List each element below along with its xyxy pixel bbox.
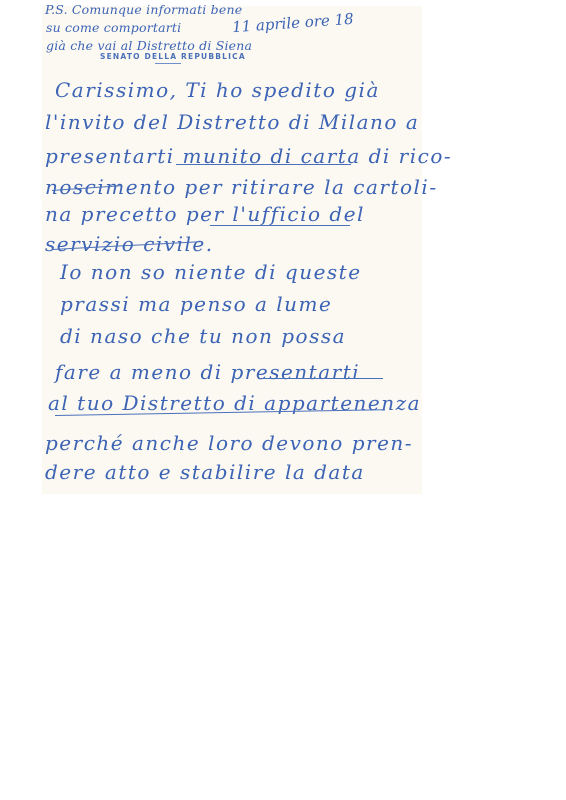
body-line-2: l'invito del Distretto di Milano a <box>45 112 419 132</box>
underline-munito <box>176 164 351 165</box>
postscript-line-2: su come comportarti <box>46 22 181 35</box>
underline-ufficio <box>210 225 350 226</box>
body-line-13: dere atto e stabilire la data <box>45 462 365 482</box>
body-line-8: prassi ma penso a lume <box>60 294 332 314</box>
postscript-line-1: P.S. Comunque informati bene <box>45 4 242 17</box>
body-line-5: na precetto per l'ufficio del <box>45 204 365 224</box>
body-line-9: di naso che tu non possa <box>60 326 346 346</box>
letterhead-rule <box>155 63 181 64</box>
underline-presentarti <box>258 378 383 379</box>
postscript-line-3: già che vai al Distretto di Siena <box>46 40 252 53</box>
body-line-7: Io non so niente di queste <box>60 262 362 282</box>
body-line-12: perché anche loro devono pren- <box>45 433 413 453</box>
body-line-1: Carissimo, Ti ho spedito già <box>55 80 380 100</box>
body-line-3: presentarti munito di carta di rico- <box>45 146 452 166</box>
letterhead: SENATO DELLA REPUBBLICA <box>100 52 246 61</box>
